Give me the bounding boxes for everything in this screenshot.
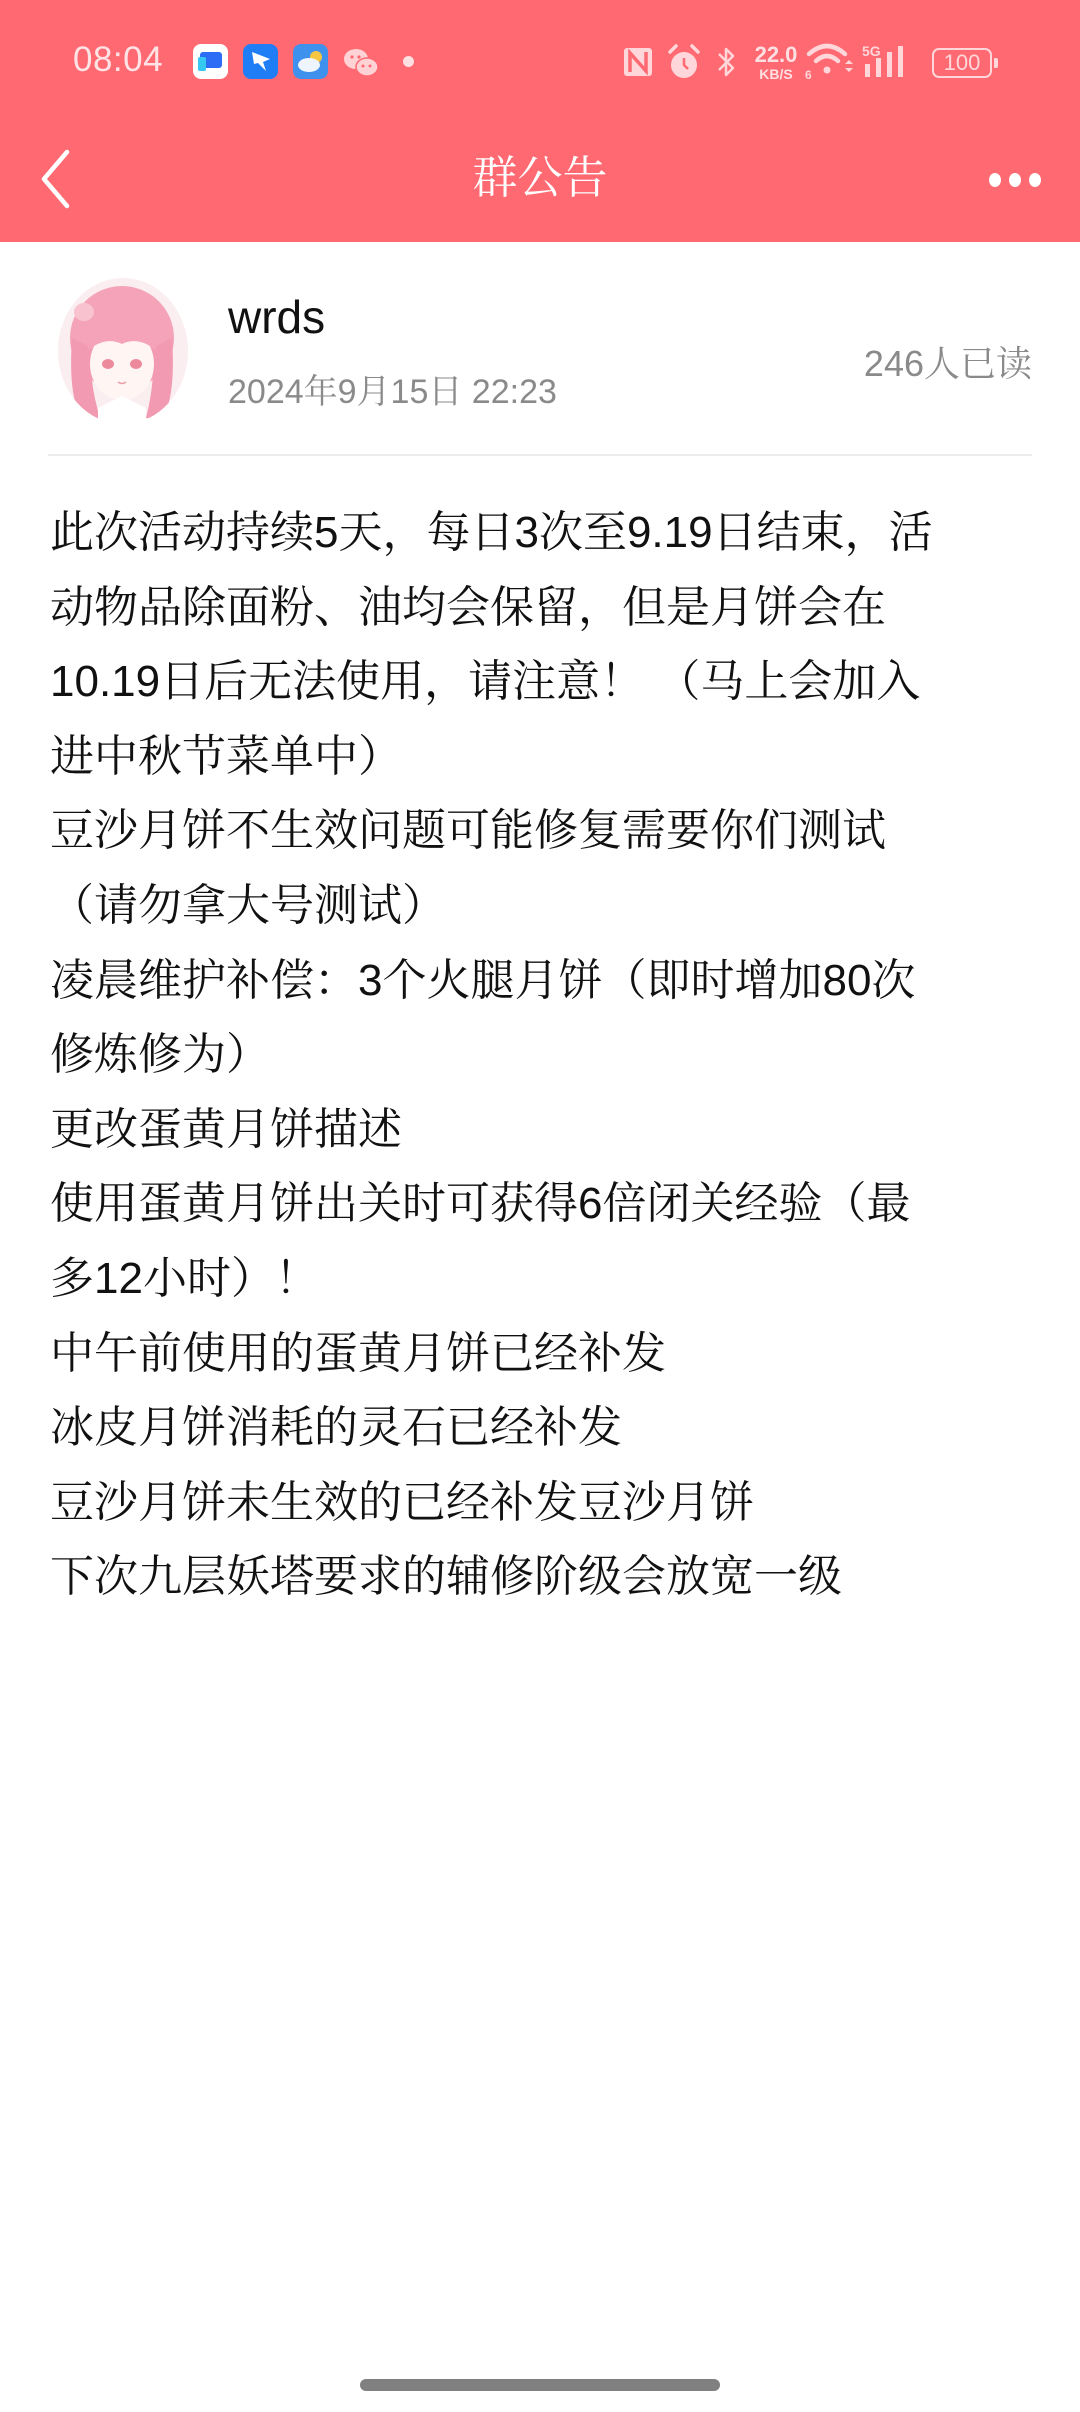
content-line: 豆沙月饼未生效的已经补发豆沙月饼 — [50, 1466, 1040, 1541]
home-indicator[interactable] — [360, 2379, 720, 2391]
dingtalk-app-icon — [243, 44, 278, 79]
alarm-icon — [666, 40, 702, 84]
content-line: 凌晨维护补偿：3个火腿月饼（即时增加80次 — [50, 944, 1040, 1019]
content-line: 下次九层妖塔要求的辅修阶级会放宽一级 — [50, 1540, 1040, 1615]
content-line: （请勿拿大号测试） — [50, 869, 1040, 944]
page-title: 群公告 — [0, 148, 1080, 208]
content-line: 多12小时）！ — [50, 1242, 1040, 1317]
content-line: 豆沙月饼不生效问题可能修复需要你们测试 — [50, 794, 1040, 869]
svg-text:6: 6 — [805, 68, 812, 82]
network-speed: 22.0 KB/S — [748, 44, 804, 81]
content-line: 修炼修为） — [50, 1018, 1040, 1093]
bluetooth-icon — [715, 40, 737, 84]
author-name: wrds — [228, 290, 325, 344]
more-options-button[interactable] — [975, 154, 1055, 204]
more-notifications-dot — [403, 56, 414, 67]
content-line: 10.19日后无法使用，请注意！ （马上会加入 — [50, 645, 1040, 720]
more-dots-icon — [989, 173, 1001, 187]
announcement-author-section: wrds 2024年9月15日 22:23 246人已读 — [0, 242, 1080, 456]
screen-mirror-app-icon — [193, 44, 228, 79]
content-line: 动物品除面粉、油均会保留，但是月饼会在 — [50, 571, 1040, 646]
nfc-icon — [622, 40, 654, 84]
content-line: 进中秋节菜单中） — [50, 720, 1040, 795]
announcement-content: 此次活动持续5天，每日3次至9.19日结束，活 动物品除面粉、油均会保留，但是月… — [50, 496, 1040, 1615]
read-count[interactable]: 246人已读 — [864, 336, 1032, 387]
content-line: 冰皮月饼消耗的灵石已经补发 — [50, 1391, 1040, 1466]
svg-text:5G: 5G — [862, 43, 881, 59]
content-line: 此次活动持续5天，每日3次至9.19日结束，活 — [50, 496, 1040, 571]
wifi-6-icon: 6 — [805, 40, 855, 84]
content-line: 更改蛋黄月饼描述 — [50, 1093, 1040, 1168]
divider — [48, 454, 1032, 456]
battery-icon: 100 — [932, 48, 992, 78]
post-date: 2024年9月15日 22:23 — [228, 364, 557, 413]
status-time: 08:04 — [73, 40, 163, 80]
wechat-icon — [343, 47, 379, 84]
nav-bar: 群公告 — [0, 124, 1080, 242]
content-line: 使用蛋黄月饼出关时可获得6倍闭关经验（最 — [50, 1167, 1040, 1242]
status-bar: 08:04 22.0 KB/S 6 — [0, 0, 1080, 124]
weather-app-icon — [293, 44, 328, 79]
avatar[interactable] — [58, 278, 188, 424]
content-line: 中午前使用的蛋黄月饼已经补发 — [50, 1317, 1040, 1392]
5g-signal-icon: 5G — [862, 40, 920, 84]
